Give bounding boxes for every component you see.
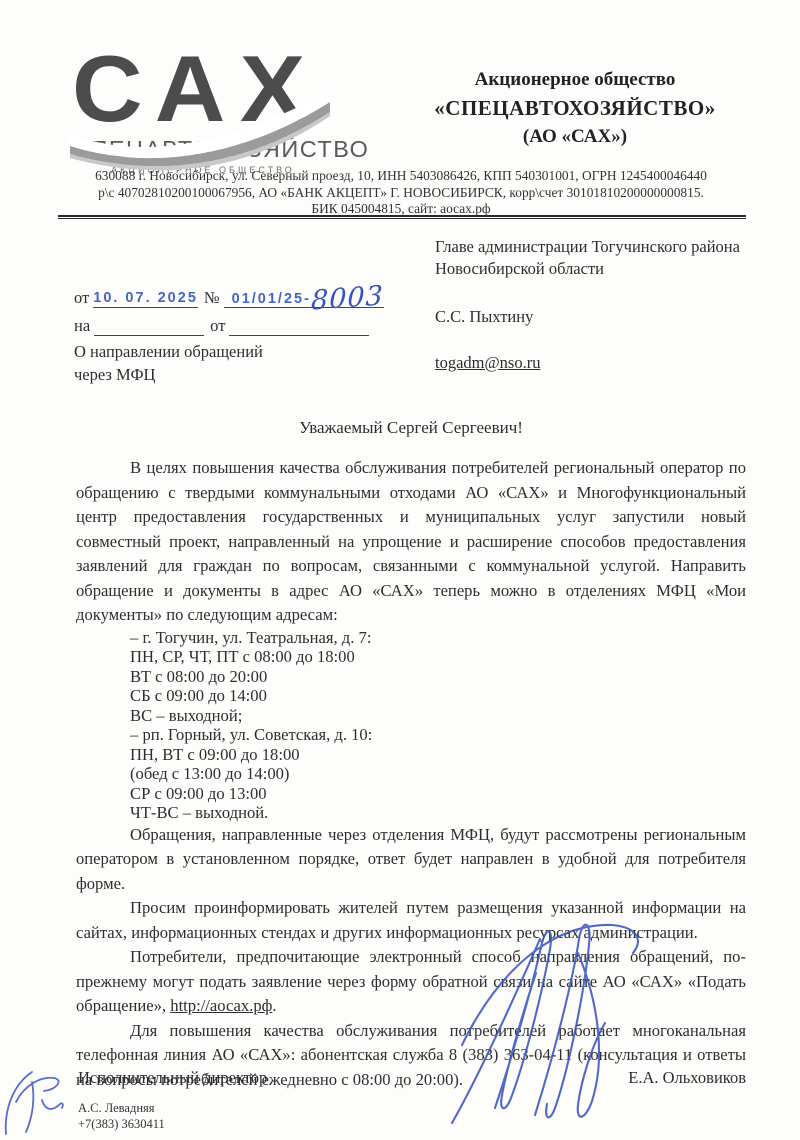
subject-line1: О направлении обращений <box>74 340 374 363</box>
addressee-line2: Новосибирской области <box>435 258 755 280</box>
salutation: Уважаемый Сергей Сергеевич! <box>76 418 746 438</box>
body-paragraph-1: В целях повышения качества обслуживания … <box>76 456 746 628</box>
number-stamp: 01/01/25- <box>232 291 311 307</box>
requisites-line2: р\с 40702810200100067956, АО «БАНК АКЦЕП… <box>54 185 748 202</box>
list-item: – г. Тогучин, ул. Театральная, д. 7: <box>130 628 746 648</box>
org-type: Акционерное общество <box>390 66 760 93</box>
org-requisites: 630088 г. Новосибирск, ул. Северный прое… <box>54 168 748 218</box>
body-paragraph-3: Просим проинформировать жителей путем ра… <box>76 896 746 945</box>
body-paragraph-2: Обращения, направленные через отделения … <box>76 823 746 897</box>
list-item: СБ с 09:00 до 14:00 <box>130 686 746 706</box>
date-stamp: 10. 07. 2025 <box>93 290 198 306</box>
executor-phone: +7(383) 3630411 <box>78 1116 165 1132</box>
list-item: ПН, СР, ЧТ, ПТ с 08:00 до 18:00 <box>130 647 746 667</box>
addressee-line1: Главе администрации Тогучинского района <box>435 236 755 258</box>
addressee-email-link[interactable]: togadm@nso.ru <box>435 353 540 372</box>
paragraph-4-period: . <box>272 996 276 1015</box>
company-logo: САХ СПЕЦАВТОХОЗЯЙСТВО АКЦИОНЕРНОЕ ОБЩЕСТ… <box>72 46 334 175</box>
ref-incoming-field <box>94 315 204 336</box>
site-link[interactable]: http://аосах.рф <box>170 996 272 1015</box>
mfc-schedule-list: – г. Тогучин, ул. Театральная, д. 7: ПН,… <box>130 628 746 823</box>
paraph-signature-icon <box>2 1062 77 1140</box>
ref-number-field: 01/01/25-8003 <box>224 287 384 308</box>
ref-of-label: от <box>204 316 229 336</box>
signer-title: Исполнительный директор <box>78 1068 267 1088</box>
org-name: «СПЕЦАВТОХОЗЯЙСТВО» <box>390 93 760 123</box>
ref-from-label: от <box>74 288 93 308</box>
reference-block: от 10. 07. 2025 № 01/01/25-8003 на от <box>74 280 384 336</box>
letter-page: САХ СПЕЦАВТОХОЗЯЙСТВО АКЦИОНЕРНОЕ ОБЩЕСТ… <box>0 0 800 1140</box>
ref-on-label: на <box>74 316 94 336</box>
list-item: ВТ с 08:00 до 20:00 <box>130 667 746 687</box>
body-paragraph-4: Потребители, предпочитающие электронный … <box>76 945 746 1019</box>
ref-incoming-date-field <box>229 315 369 336</box>
list-item: СР с 09:00 до 13:00 <box>130 784 746 804</box>
org-name-block: Акционерное общество «СПЕЦАВТОХОЗЯЙСТВО»… <box>390 66 760 151</box>
signer-name: Е.А. Ольховиков <box>628 1068 746 1088</box>
ref-number-label: № <box>198 288 224 308</box>
requisites-line1: 630088 г. Новосибирск, ул. Северный прое… <box>54 168 748 185</box>
ref-date-field: 10. 07. 2025 <box>93 287 198 308</box>
list-item: (обед с 13:00 до 14:00) <box>130 764 746 784</box>
list-item: ВС – выходной; <box>130 706 746 726</box>
executor-name: А.С. Левадняя <box>78 1100 165 1116</box>
executor-block: А.С. Левадняя +7(383) 3630411 <box>78 1100 165 1132</box>
letter-body: В целях повышения качества обслуживания … <box>76 456 746 1092</box>
list-item: ЧТ-ВС – выходной. <box>130 803 746 823</box>
org-short-name: (АО «САХ») <box>390 123 760 151</box>
addressee-name: С.С. Пыхтину <box>435 306 755 328</box>
list-item: ПН, ВТ с 09:00 до 18:00 <box>130 745 746 765</box>
logo-acronym-text: САХ <box>72 46 344 132</box>
handwritten-number: 8003 <box>311 286 384 311</box>
header-divider <box>58 215 746 220</box>
subject-block: О направлении обращений через МФЦ <box>74 340 374 386</box>
list-item: – рп. Горный, ул. Советская, д. 10: <box>130 725 746 745</box>
subject-line2: через МФЦ <box>74 363 374 386</box>
addressee-block: Главе администрации Тогучинского района … <box>435 236 755 374</box>
